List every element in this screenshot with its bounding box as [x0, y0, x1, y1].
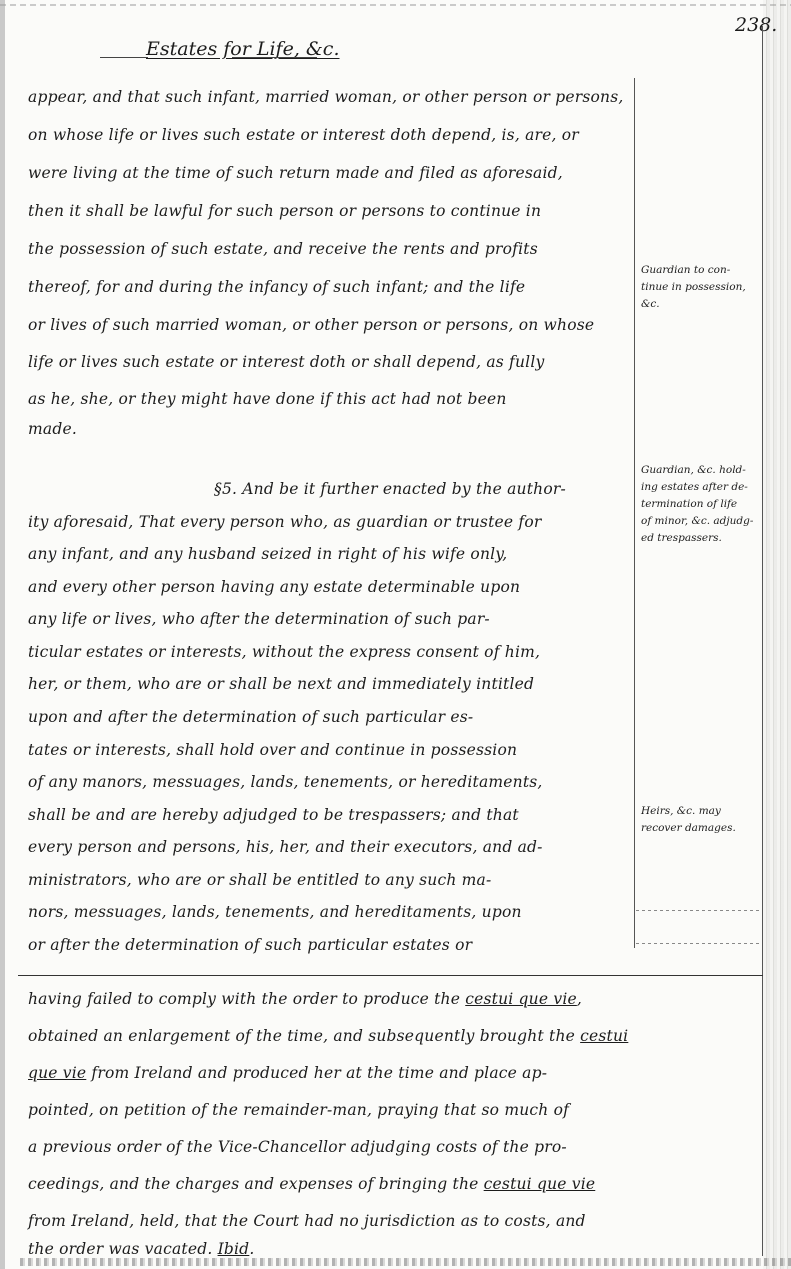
margin-rule-right: [762, 26, 763, 1256]
text-line: upon and after the determination of such…: [28, 708, 473, 726]
text-line: her, or them, who are or shall be next a…: [28, 675, 534, 693]
text-line: appear, and that such infant, married wo…: [28, 88, 624, 106]
manuscript-page: 238. Estates for Life, &c. appear, and t…: [0, 0, 791, 1269]
text-line: any infant, and any husband seized in ri…: [28, 545, 507, 563]
text-line: or after the determination of such parti…: [28, 936, 472, 954]
text-line: any life or lives, who after the determi…: [28, 610, 490, 628]
margin-dotted-rule: [636, 910, 762, 911]
margin-note-guardian-possession: Guardian to con- tinue in possession, &c…: [641, 262, 753, 313]
footnote-line: having failed to comply with the order t…: [28, 990, 582, 1008]
scan-top-edge: [0, 4, 791, 6]
footnote-separator: [18, 975, 763, 976]
scan-bottom-edge: [20, 1258, 791, 1266]
margin-note-heirs-damages: Heirs, &c. may recover damages.: [641, 803, 753, 837]
text-line: life or lives such estate or interest do…: [28, 353, 544, 371]
text-line: ity aforesaid, That every person who, as…: [28, 513, 541, 531]
text-line: tates or interests, shall hold over and …: [28, 741, 517, 759]
text-line: thereof, for and during the infancy of s…: [28, 278, 525, 296]
text-line: then it shall be lawful for such person …: [28, 202, 541, 220]
margin-note-guardian-trespassers: Guardian, &c. hold- ing estates after de…: [641, 462, 753, 547]
title-rule-left: [100, 57, 148, 58]
footnote-line: from Ireland, held, that the Court had n…: [28, 1212, 586, 1230]
text-line: and every other person having any estate…: [28, 578, 520, 596]
text-line: every person and persons, his, her, and …: [28, 838, 543, 856]
text-line: on whose life or lives such estate or in…: [28, 126, 579, 144]
footnote-line: a previous order of the Vice-Chancellor …: [28, 1138, 567, 1156]
footnote-line: obtained an enlargement of the time, and…: [28, 1027, 628, 1045]
footnote-line: pointed, on petition of the remainder-ma…: [28, 1101, 569, 1119]
text-line: as he, she, or they might have done if t…: [28, 390, 507, 408]
text-line: of any manors, messuages, lands, tenemen…: [28, 773, 543, 791]
page-number: 238.: [735, 14, 777, 36]
footnote-line: que vie from Ireland and produced her at…: [28, 1064, 547, 1082]
text-line: ticular estates or interests, without th…: [28, 643, 540, 661]
footnote-line: ceedings, and the charges and expenses o…: [28, 1175, 595, 1193]
text-line: were living at the time of such return m…: [28, 164, 563, 182]
text-line: the possession of such estate, and recei…: [28, 240, 538, 258]
scan-right-edge: [763, 0, 791, 1269]
section-heading-line: §5. And be it further enacted by the aut…: [214, 480, 566, 498]
margin-rule-left: [634, 78, 635, 948]
text-line: or lives of such married woman, or other…: [28, 316, 594, 334]
margin-dotted-rule: [636, 943, 762, 944]
text-line: shall be and are hereby adjudged to be t…: [28, 806, 519, 824]
text-line: nors, messuages, lands, tenements, and h…: [28, 903, 522, 921]
footnote-line: the order was vacated. Ibid.: [28, 1240, 254, 1258]
text-line: ministrators, who are or shall be entitl…: [28, 871, 491, 889]
text-line: made.: [28, 420, 77, 438]
scan-left-edge: [0, 0, 5, 1269]
title-rule-right: [232, 57, 317, 58]
